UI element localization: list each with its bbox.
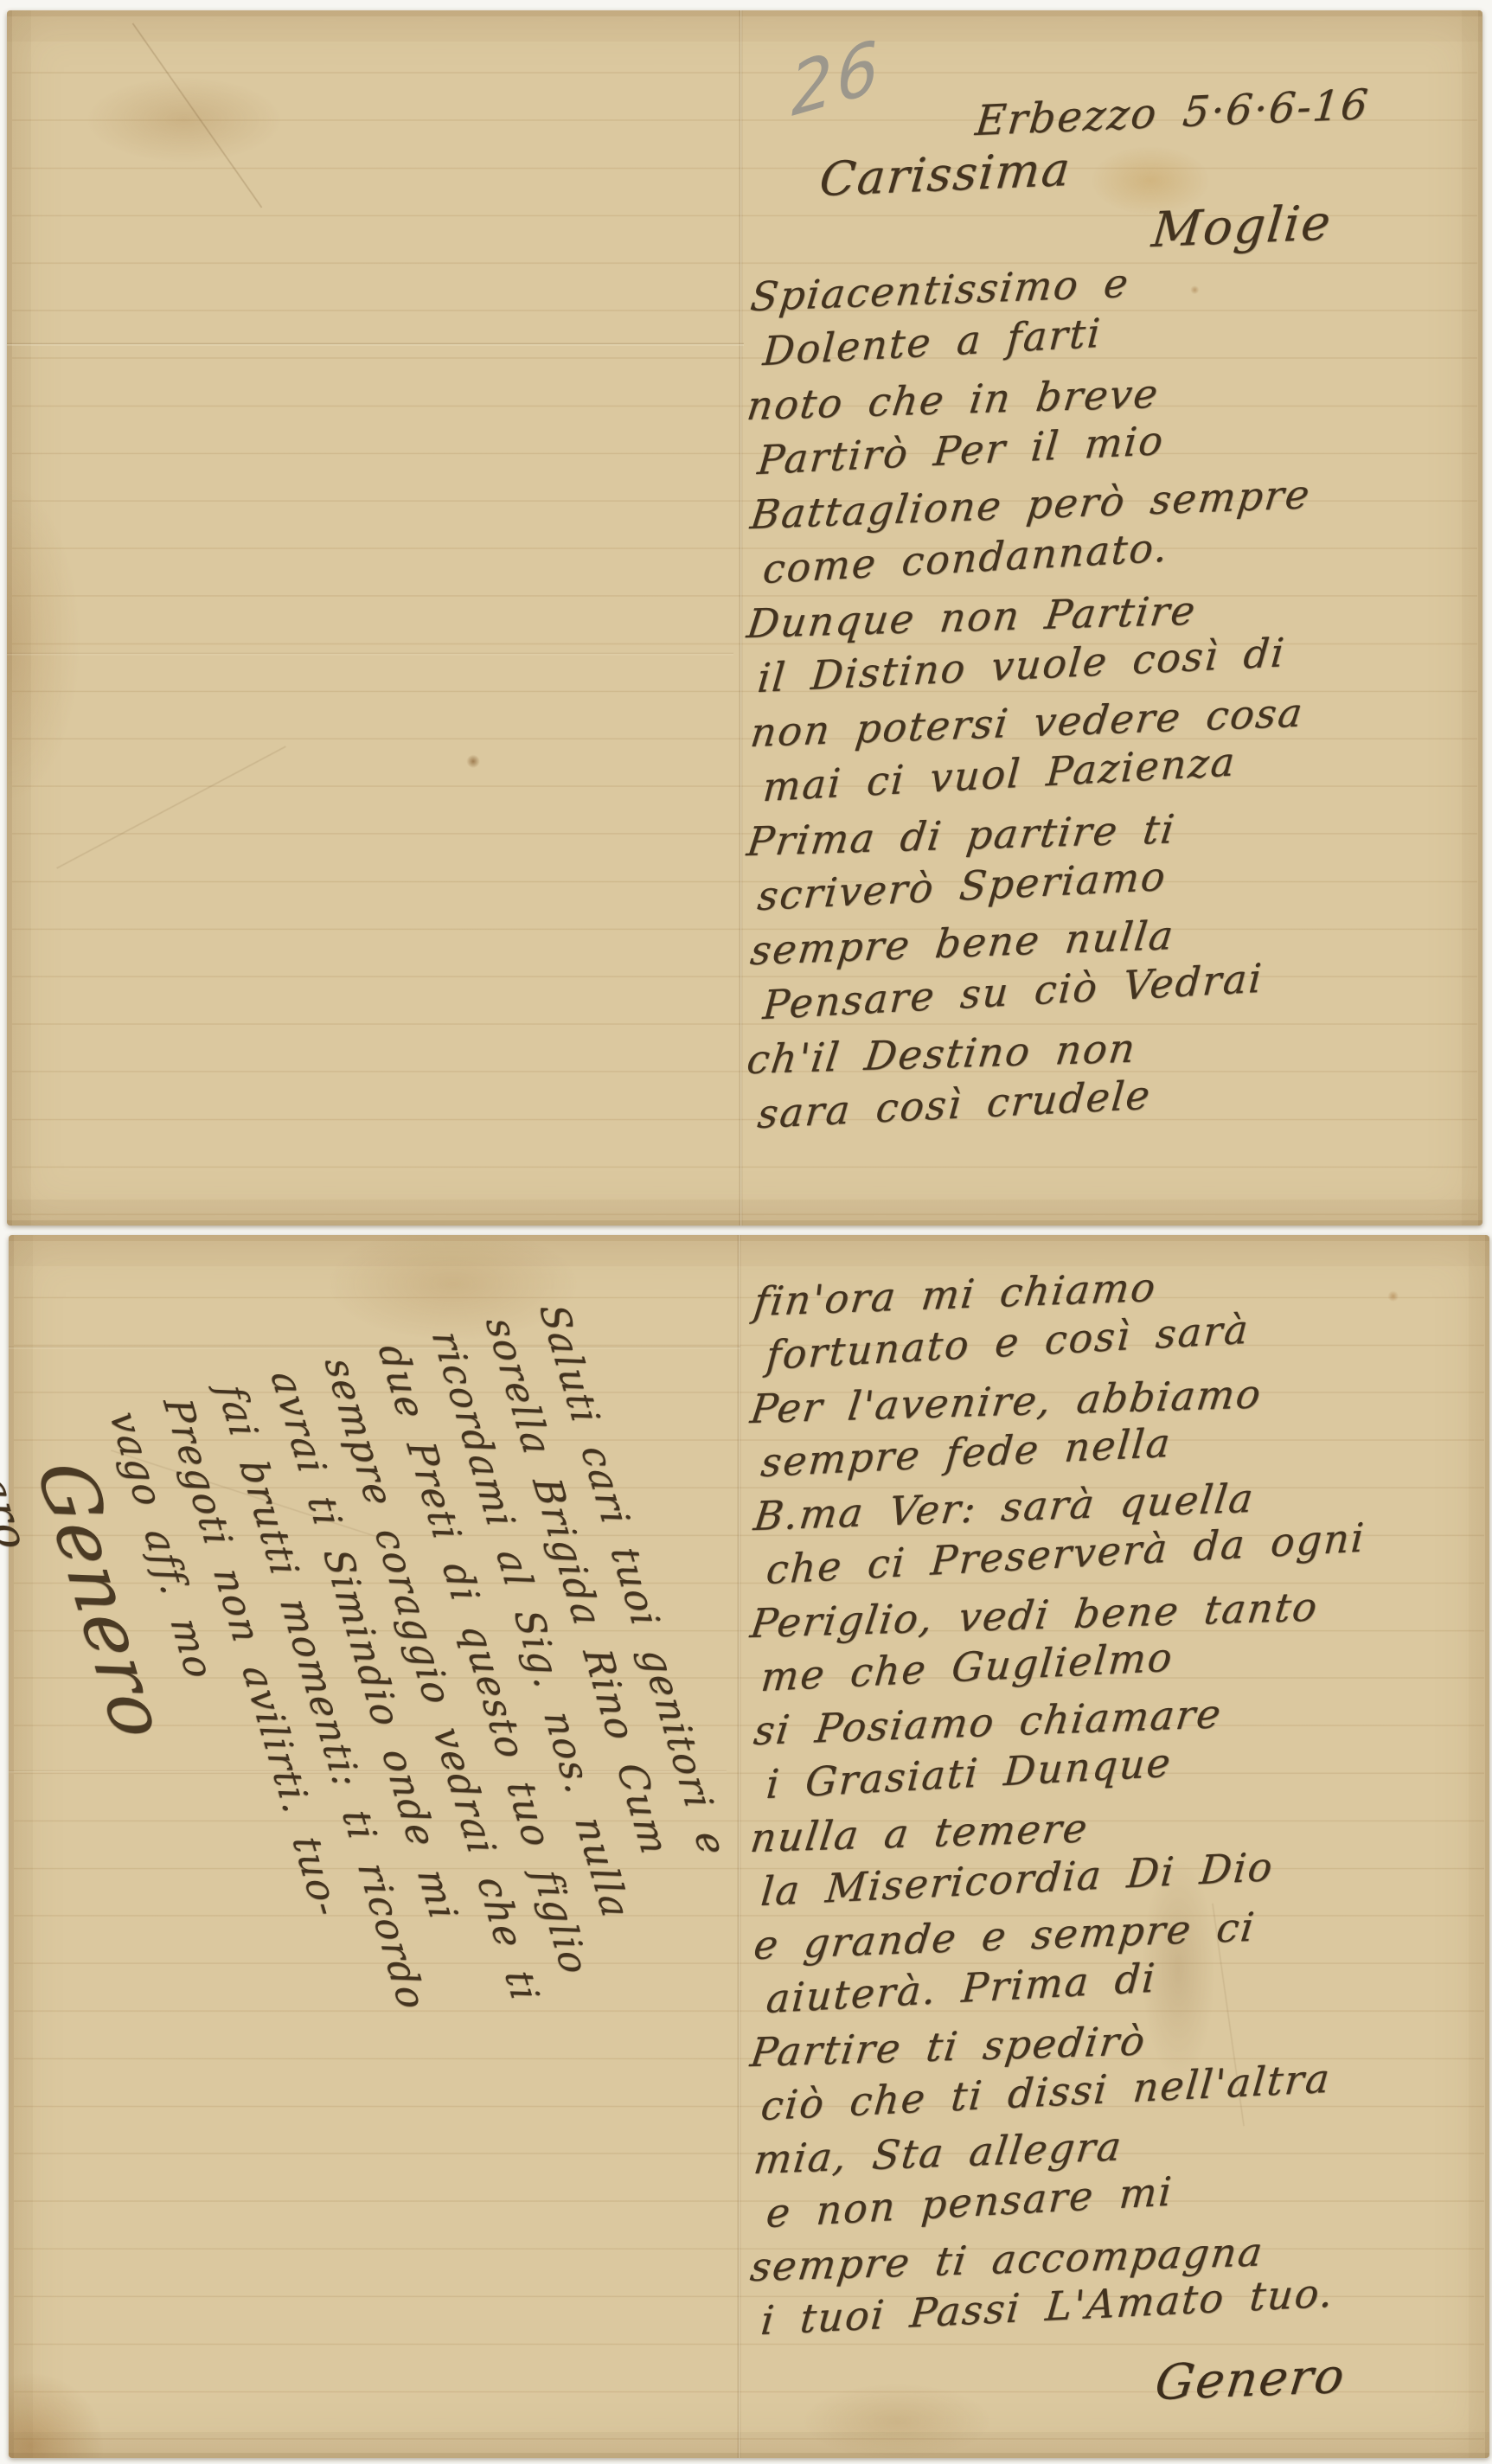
horizontal-fold-crease xyxy=(7,652,733,656)
diagonal-crease xyxy=(131,22,263,208)
page1-text-column: Spiacentissimo e Dolente a farti noto ch… xyxy=(746,270,1472,1142)
diagonal-crease xyxy=(56,746,286,869)
salutation-carissima: Carissima xyxy=(817,142,1074,207)
signature: Genero xyxy=(1151,2335,1476,2420)
vertical-fold-crease xyxy=(739,10,743,1226)
horizontal-fold-crease xyxy=(7,342,744,346)
letter-scan: { "colors": { "scan_background": "#f7f6f… xyxy=(0,0,1492,2464)
